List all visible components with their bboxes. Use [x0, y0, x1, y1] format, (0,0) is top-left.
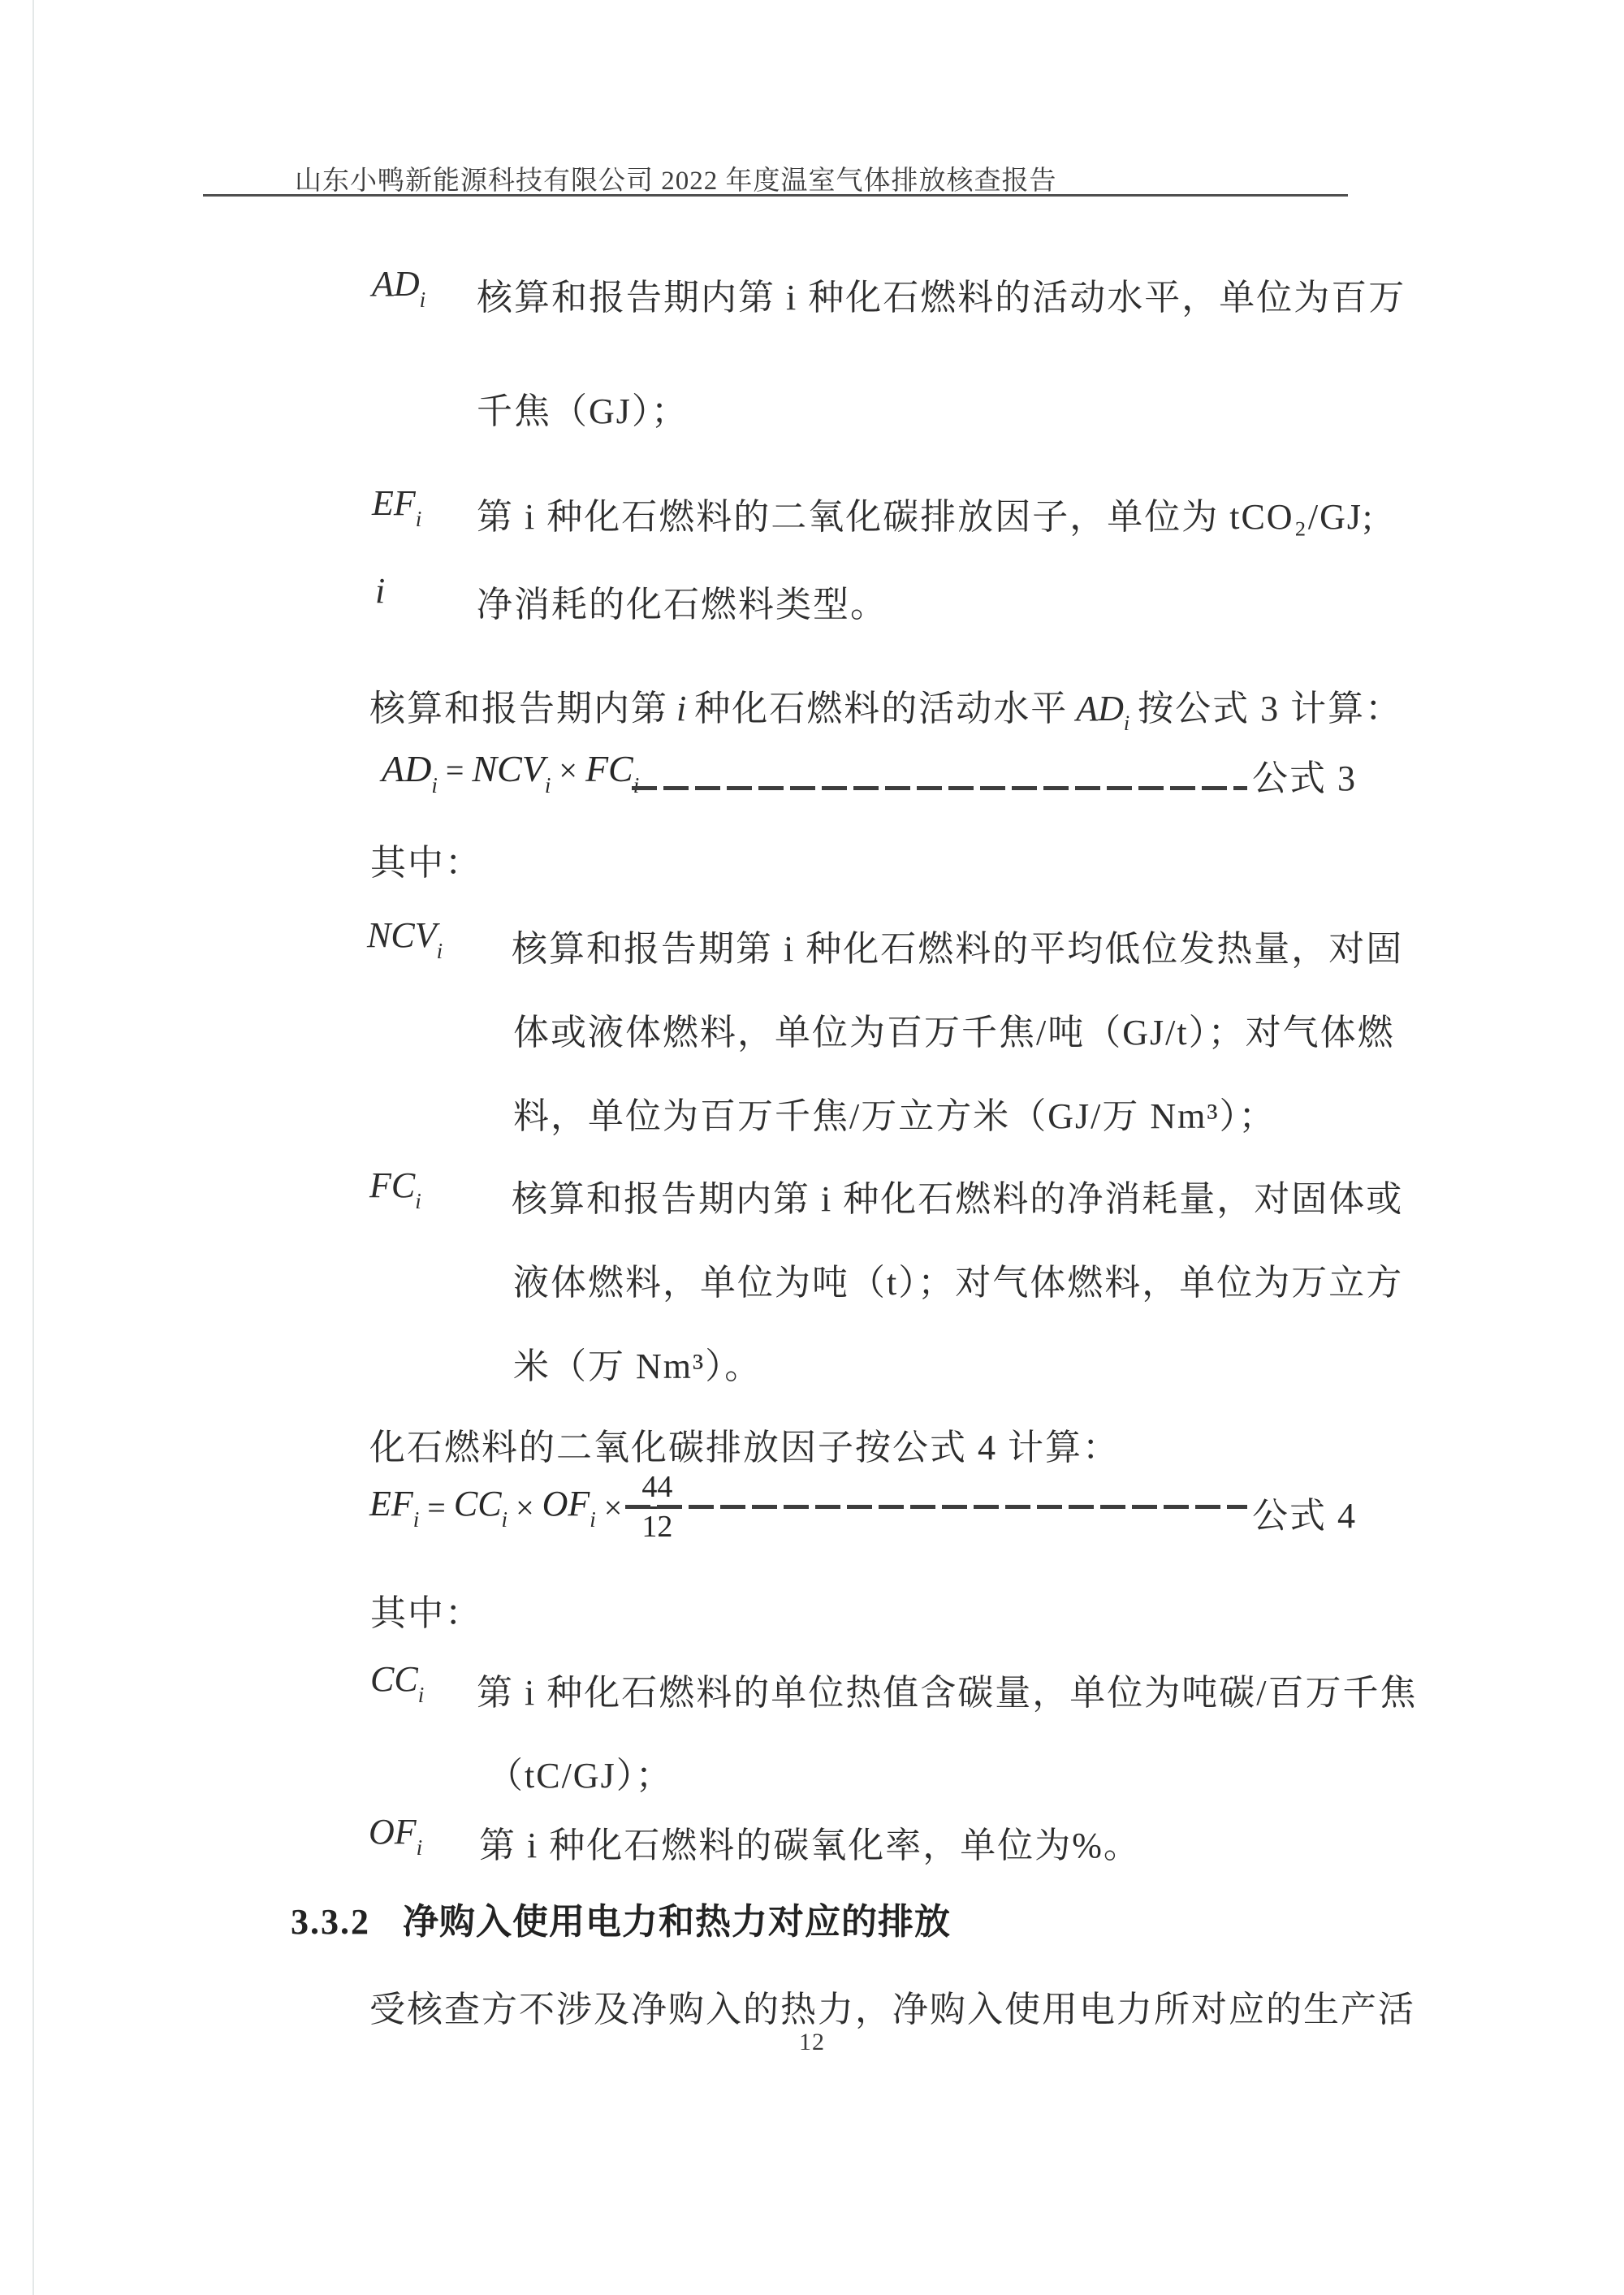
- page-number: 12: [0, 2029, 1624, 2056]
- where-label: 其中：: [370, 1584, 482, 1636]
- formula-operator: ×: [604, 1489, 623, 1527]
- section-title: 净购入使用电力和热力对应的排放: [403, 1902, 951, 1942]
- definition-line: 第 i 种化石燃料的二氧化碳排放因子，单位为 tCO₂/GJ;: [477, 487, 1374, 539]
- term-base: OF: [369, 1812, 417, 1852]
- definition-line: 核算和报告期内第 i 种化石燃料的净消耗量，对固体或: [512, 1169, 1403, 1221]
- definition-line: 核算和报告期第 i 种化石燃料的平均低位发热量，对固: [512, 919, 1403, 971]
- formula-3-dash-leader: [632, 786, 1247, 790]
- formula-var: FCi: [585, 748, 639, 789]
- inline-variable-ad: ADi: [1076, 689, 1129, 728]
- body-paragraph: 受核查方不涉及净购入的热力，净购入使用电力所对应的生产活: [369, 1980, 1415, 2032]
- formula-4-label: 公式 4: [1252, 1486, 1357, 1538]
- fraction-denominator: 12: [641, 1509, 672, 1544]
- term-symbol-cc: CCi: [370, 1658, 424, 1708]
- formula4-intro: 化石燃料的二氧化碳排放因子按公式 4 计算：: [369, 1418, 1120, 1470]
- formula3-intro: 核算和报告期内第i种化石燃料的活动水平ADi按公式 3 计算：: [369, 679, 1402, 736]
- term-base: AD: [372, 264, 420, 304]
- term-subscript: i: [417, 1835, 423, 1860]
- formula-var: CCi: [454, 1483, 508, 1532]
- term-subscript: i: [437, 939, 443, 963]
- term-symbol-ncv: NCVi: [367, 914, 443, 964]
- term-subscript: i: [415, 1189, 421, 1213]
- header-rule: [203, 194, 1348, 197]
- definition-line: 第 i 种化石燃料的碳氧化率，单位为%。: [479, 1816, 1141, 1868]
- formula-operator: =: [446, 752, 464, 789]
- section-number: 3.3.2: [291, 1902, 370, 1942]
- formula-var: EFi: [369, 1483, 419, 1532]
- scan-edge-line: [32, 0, 34, 2295]
- page-header-title: 山东小鸭新能源科技有限公司 2022 年度温室气体排放核查报告: [295, 159, 1057, 197]
- formula-4-dash-leader: [625, 1505, 1247, 1509]
- where-label: 其中：: [370, 833, 482, 885]
- formula-3-expression: ADi=NCVi×FCi: [382, 747, 639, 798]
- formula-3-label: 公式 3: [1252, 749, 1357, 801]
- term-subscript: i: [420, 287, 426, 312]
- definition-line: 核算和报告期内第 i 种化石燃料的活动水平，单位为百万: [477, 268, 1406, 320]
- definition-line: 第 i 种化石燃料的单位热值含碳量，单位为吨碳/百万千焦: [477, 1663, 1417, 1715]
- definition-line: 米（万 Nm³）。: [513, 1337, 762, 1389]
- var-base: AD: [1076, 689, 1124, 728]
- var-subscript: i: [1124, 711, 1129, 735]
- intro-text: 核算和报告期内第: [369, 689, 668, 728]
- inline-variable-i: i: [676, 689, 686, 728]
- fraction-numerator: 44: [635, 1471, 679, 1508]
- formula-var: ADi: [382, 748, 438, 789]
- term-subscript: i: [418, 1683, 425, 1707]
- formula-var: OFi: [542, 1483, 596, 1532]
- term-subscript: i: [416, 507, 422, 531]
- term-symbol-ad: ADi: [372, 263, 425, 313]
- document-page: 山东小鸭新能源科技有限公司 2022 年度温室气体排放核查报告 ADi 核算和报…: [0, 0, 1624, 2295]
- definition-line: 液体燃料，单位为吨（t）；对气体燃料，单位为万立方: [513, 1253, 1403, 1305]
- intro-text: 种化石燃料的活动水平: [694, 689, 1068, 728]
- term-base: FC: [369, 1165, 415, 1205]
- term-base: NCV: [367, 915, 437, 955]
- section-heading: 3.3.2净购入使用电力和热力对应的排放: [291, 1892, 951, 1944]
- intro-text: 按公式 3 计算：: [1138, 689, 1402, 728]
- formula-var: NCVi: [472, 748, 551, 789]
- definition-line: 体或液体燃料，单位为百万千焦/吨（GJ/t）；对气体燃: [513, 1003, 1395, 1055]
- definition-line: 千焦（GJ）；: [477, 382, 689, 434]
- term-symbol-i: i: [375, 570, 385, 612]
- term-symbol-of: OFi: [369, 1811, 422, 1861]
- formula-operator: ×: [516, 1489, 534, 1527]
- formula-operator: ×: [559, 752, 577, 789]
- term-base: CC: [370, 1659, 418, 1699]
- term-base: EF: [372, 483, 416, 523]
- term-symbol-ef: EFi: [372, 482, 421, 532]
- formula-operator: =: [427, 1489, 446, 1527]
- definition-line: 料，单位为百万千焦/万立方米（GJ/万 Nm³）；: [513, 1087, 1276, 1139]
- definition-line: （tC/GJ）；: [487, 1746, 673, 1798]
- term-symbol-fc: FCi: [369, 1165, 421, 1214]
- definition-line: 净消耗的化石燃料类型。: [477, 575, 888, 627]
